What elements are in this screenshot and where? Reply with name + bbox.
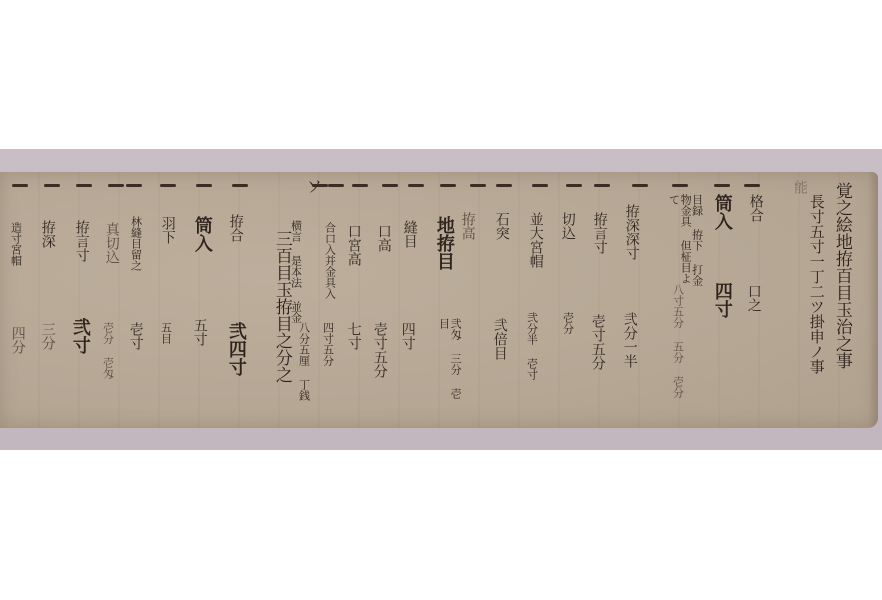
entry-lower: 弐倍目 [492,318,507,360]
entry-upper: 拵深 [40,220,55,248]
item-marker [632,184,648,187]
item-marker [440,184,456,187]
item-marker [470,184,486,187]
item-marker [108,184,124,187]
entry-lower: 三分 [40,322,55,350]
entry-lower: 壱寸五分 [372,322,387,378]
item-marker [672,184,688,187]
entry-upper: 縫目 [402,220,417,248]
entry-upper: 拵言寸 [74,220,89,262]
entry-lower: 八寸五分 五分 壱分 [672,284,684,404]
item-marker [714,184,730,187]
annotation-note: 能 [790,180,810,194]
entry-upper: 筒入 [192,216,211,252]
item-marker [160,184,176,187]
entry-upper: 目録 拵下 打金物金具 但柾目よて [668,194,703,294]
entry-lower: 壱分 壱匁 [102,322,114,412]
entry-upper: 口高 [376,224,391,252]
item-marker [76,184,92,187]
entry-lower: 八分五厘 丁銭 [298,322,310,412]
entry-lower: 四寸 [712,282,731,318]
entry-upper: 林縫目留之 [130,216,142,326]
entry-lower: 四分 [10,326,25,354]
item-marker [232,184,248,187]
entry-lower: 弐分一半 [622,312,637,368]
document-title-line-1: 覚之絵地拵百目玉治之事 [832,182,850,422]
paper-edge [868,172,878,428]
entry-lower: 口之 [746,284,761,312]
entry-lower: 壱分 [562,312,574,334]
entry-lower: 弐四寸 [226,322,245,376]
entry-upper: 造寸宮帽 [10,222,22,312]
entry-upper: 格合 [748,194,763,222]
entry-upper: 口宮高 [346,224,361,266]
entry-lower: 四寸 [400,322,415,350]
entry-lower: 五寸 [192,318,207,346]
item-marker [532,184,548,187]
item-marker [44,184,60,187]
section-heading: 三百目玉拵目之分之 [272,230,290,410]
item-marker [196,184,212,187]
document-paper: 覚之絵地拵百目玉治之事 長寸五寸一丁二ツ掛申ノ事 能 格合 口之 筒入 四寸 目… [0,172,878,428]
entry-lower: 壱寸 [128,322,143,350]
entry-lower: 弐寸 [70,318,89,354]
entry-lower: 壱寸五分 [590,314,605,370]
entry-upper: 切込 [560,212,575,240]
document-title-line-2: 長寸五寸一丁二ツ掛申ノ事 [808,194,824,414]
item-marker [594,184,610,187]
item-marker [566,184,582,187]
entry-upper: 拵高 [460,212,475,240]
entry-upper: 合口入并金具入 [324,222,336,332]
entry-upper: 筒入 [712,194,731,230]
item-marker [126,184,142,187]
item-marker [12,184,28,187]
entry-upper: 羽下 [160,216,175,244]
entry-upper: 拵合 [228,214,243,242]
entry-lower: 五目 [160,322,172,344]
entry-upper: 石突 [494,212,509,240]
item-marker [496,184,512,187]
item-marker [382,184,398,187]
entry-lower: 弐匁 三分 壱目 [438,318,461,408]
item-marker [408,184,424,187]
item-marker [312,184,328,187]
entry-lower: 七寸 [346,322,361,350]
entry-upper: 拵言寸 [592,212,607,254]
entry-upper: 並大宮帽 [528,212,543,268]
entry-upper: 真切込 [104,222,119,264]
item-marker [352,184,368,187]
entry-upper: 拵深深寸 [624,204,639,260]
entry-upper: 地拵目 [434,216,453,270]
entry-lower: 四寸五分 [322,322,334,366]
item-marker [744,184,760,187]
item-marker [328,184,344,187]
entry-lower: 弐分半 壱寸 [526,312,538,380]
